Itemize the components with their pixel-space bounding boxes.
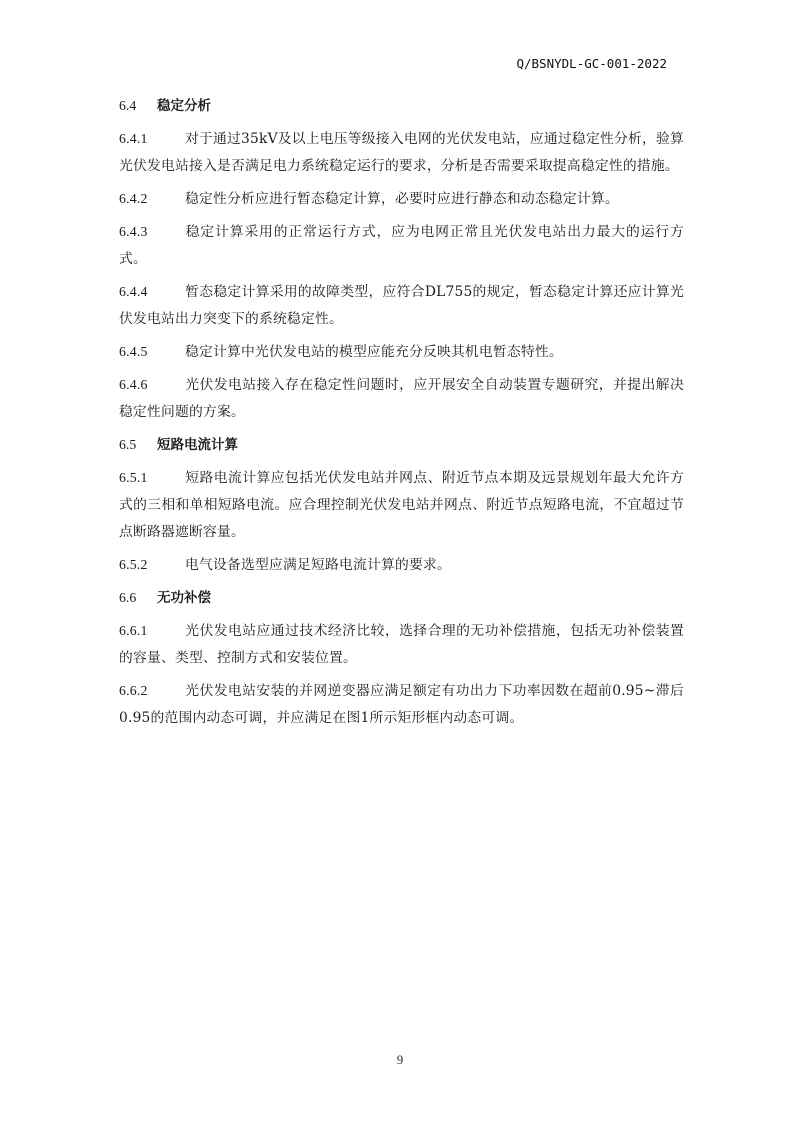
clause-text: 稳定性分析应进行暂态稳定计算，必要时应进行静态和动态稳定计算。	[185, 191, 619, 207]
clause-text: 稳定计算采用的正常运行方式，应为电网正常且光伏发电站出力最大的运行方式。	[119, 224, 684, 267]
section-title: 无功补偿	[157, 590, 211, 606]
clause-text: 电气设备选型应满足短路电流计算的要求。	[185, 557, 451, 573]
clause-number: 6.4.5	[119, 338, 185, 365]
clause-6-6-2: 6.6.2光伏发电站安装的并网逆变器应满足额定有功出力下功率因数在超前0.95~…	[119, 677, 684, 732]
clause-number: 6.4.3	[119, 218, 185, 245]
section-heading-6-5: 6.5短路电流计算	[119, 431, 684, 459]
clause-text: 光伏发电站安装的并网逆变器应满足额定有功出力下功率因数在超前0.95~滞后0.9…	[119, 683, 684, 726]
clause-number: 6.6.2	[119, 677, 185, 704]
clause-number: 6.6.1	[119, 617, 185, 644]
clause-6-5-2: 6.5.2电气设备选型应满足短路电流计算的要求。	[119, 551, 684, 579]
clause-6-4-3: 6.4.3稳定计算采用的正常运行方式，应为电网正常且光伏发电站出力最大的运行方式…	[119, 218, 684, 273]
page-number: 9	[0, 1052, 800, 1068]
clause-text: 光伏发电站接入存在稳定性问题时，应开展安全自动装置专题研究，并提出解决稳定性问题…	[119, 377, 684, 420]
clause-6-4-6: 6.4.6光伏发电站接入存在稳定性问题时，应开展安全自动装置专题研究，并提出解决…	[119, 371, 684, 426]
clause-number: 6.5.2	[119, 551, 185, 578]
clause-text: 对于通过35kV及以上电压等级接入电网的光伏发电站，应通过稳定性分析，验算光伏发…	[119, 131, 684, 174]
clause-text: 稳定计算中光伏发电站的模型应能充分反映其机电暂态特性。	[185, 344, 563, 360]
clause-number: 6.4.2	[119, 185, 185, 212]
section-heading-6-4: 6.4稳定分析	[119, 92, 684, 120]
clause-text: 暂态稳定计算采用的故障类型，应符合DL755的规定，暂态稳定计算还应计算光伏发电…	[119, 284, 684, 327]
clause-6-4-1: 6.4.1对于通过35kV及以上电压等级接入电网的光伏发电站，应通过稳定性分析，…	[119, 125, 684, 180]
clause-6-4-4: 6.4.4暂态稳定计算采用的故障类型，应符合DL755的规定，暂态稳定计算还应计…	[119, 278, 684, 333]
section-number: 6.4	[119, 92, 157, 119]
document-code: Q/BSNYDL-GC-001-2022	[516, 56, 667, 71]
clause-number: 6.4.6	[119, 371, 185, 398]
clause-6-4-5: 6.4.5稳定计算中光伏发电站的模型应能充分反映其机电暂态特性。	[119, 338, 684, 366]
section-number: 6.5	[119, 431, 157, 458]
document-body: 6.4稳定分析 6.4.1对于通过35kV及以上电压等级接入电网的光伏发电站，应…	[119, 92, 684, 737]
clause-number: 6.4.1	[119, 125, 185, 152]
section-title: 稳定分析	[157, 98, 211, 114]
section-heading-6-6: 6.6无功补偿	[119, 584, 684, 612]
clause-number: 6.4.4	[119, 278, 185, 305]
clause-number: 6.5.1	[119, 464, 185, 491]
clause-6-6-1: 6.6.1光伏发电站应通过技术经济比较，选择合理的无功补偿措施，包括无功补偿装置…	[119, 617, 684, 672]
section-title: 短路电流计算	[157, 437, 238, 453]
clause-text: 短路电流计算应包括光伏发电站并网点、附近节点本期及远景规划年最大允许方式的三相和…	[119, 470, 684, 540]
clause-6-5-1: 6.5.1短路电流计算应包括光伏发电站并网点、附近节点本期及远景规划年最大允许方…	[119, 464, 684, 546]
clause-text: 光伏发电站应通过技术经济比较，选择合理的无功补偿措施，包括无功补偿装置的容量、类…	[119, 623, 684, 666]
clause-6-4-2: 6.4.2稳定性分析应进行暂态稳定计算，必要时应进行静态和动态稳定计算。	[119, 185, 684, 213]
section-number: 6.6	[119, 584, 157, 611]
